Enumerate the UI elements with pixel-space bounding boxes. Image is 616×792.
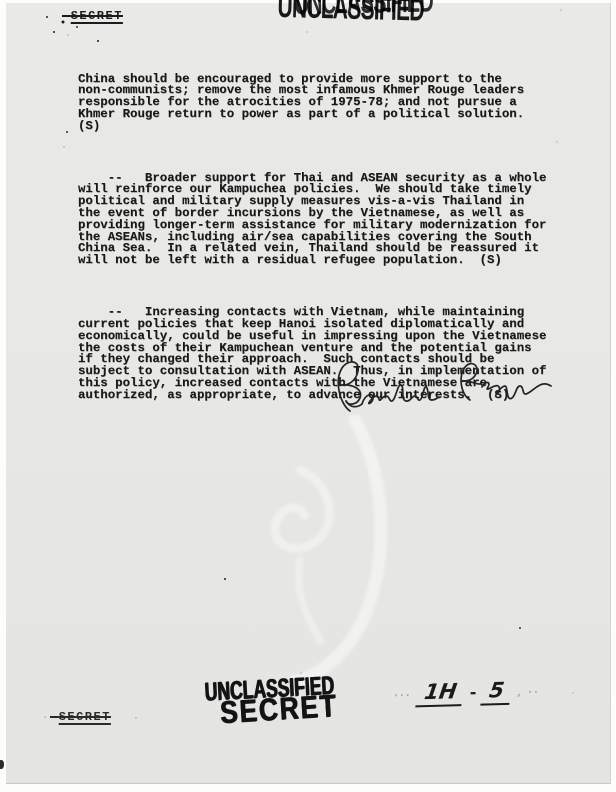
- faint-marks-right: , ··: [517, 687, 540, 705]
- scanned-document-page: —SECRET UNCLASSIFIED UNCLASSIFIED China …: [0, 0, 616, 792]
- classification-text: SECRET: [59, 710, 111, 724]
- scan-noise-speckles: [0, 0, 2, 2]
- handwritten-page-number: ··· 1H - 5 , ··: [394, 670, 541, 708]
- scan-artifact-swirl: [205, 415, 405, 685]
- classification-text: SECRET: [71, 9, 123, 23]
- secret-stamp-bottom: SECRET: [219, 691, 338, 730]
- signature-ronald-reagan: [320, 356, 560, 420]
- scan-edge-mark: [0, 760, 4, 769]
- faint-marks-left: ···: [394, 690, 412, 707]
- paragraph-thai-asean-security: -- Broader support for Thai and ASEAN se…: [78, 173, 564, 267]
- handwritten-dash: -: [469, 683, 476, 706]
- paragraph-china-support: China should be encouraged to provide mo…: [78, 74, 564, 133]
- classification-marking-top: —SECRET: [62, 10, 123, 22]
- handwritten-5: 5: [480, 680, 512, 706]
- handwritten-1h: 1H: [416, 681, 466, 707]
- strike-dash: —: [62, 9, 71, 23]
- stamp-impression-2: UNCLASSIFIED: [294, 0, 433, 20]
- strike-dash: —: [50, 710, 59, 724]
- classification-marking-bottom: —SECRET: [50, 711, 111, 723]
- unclassified-stamp-top: UNCLASSIFIED UNCLASSIFIED: [278, 0, 488, 30]
